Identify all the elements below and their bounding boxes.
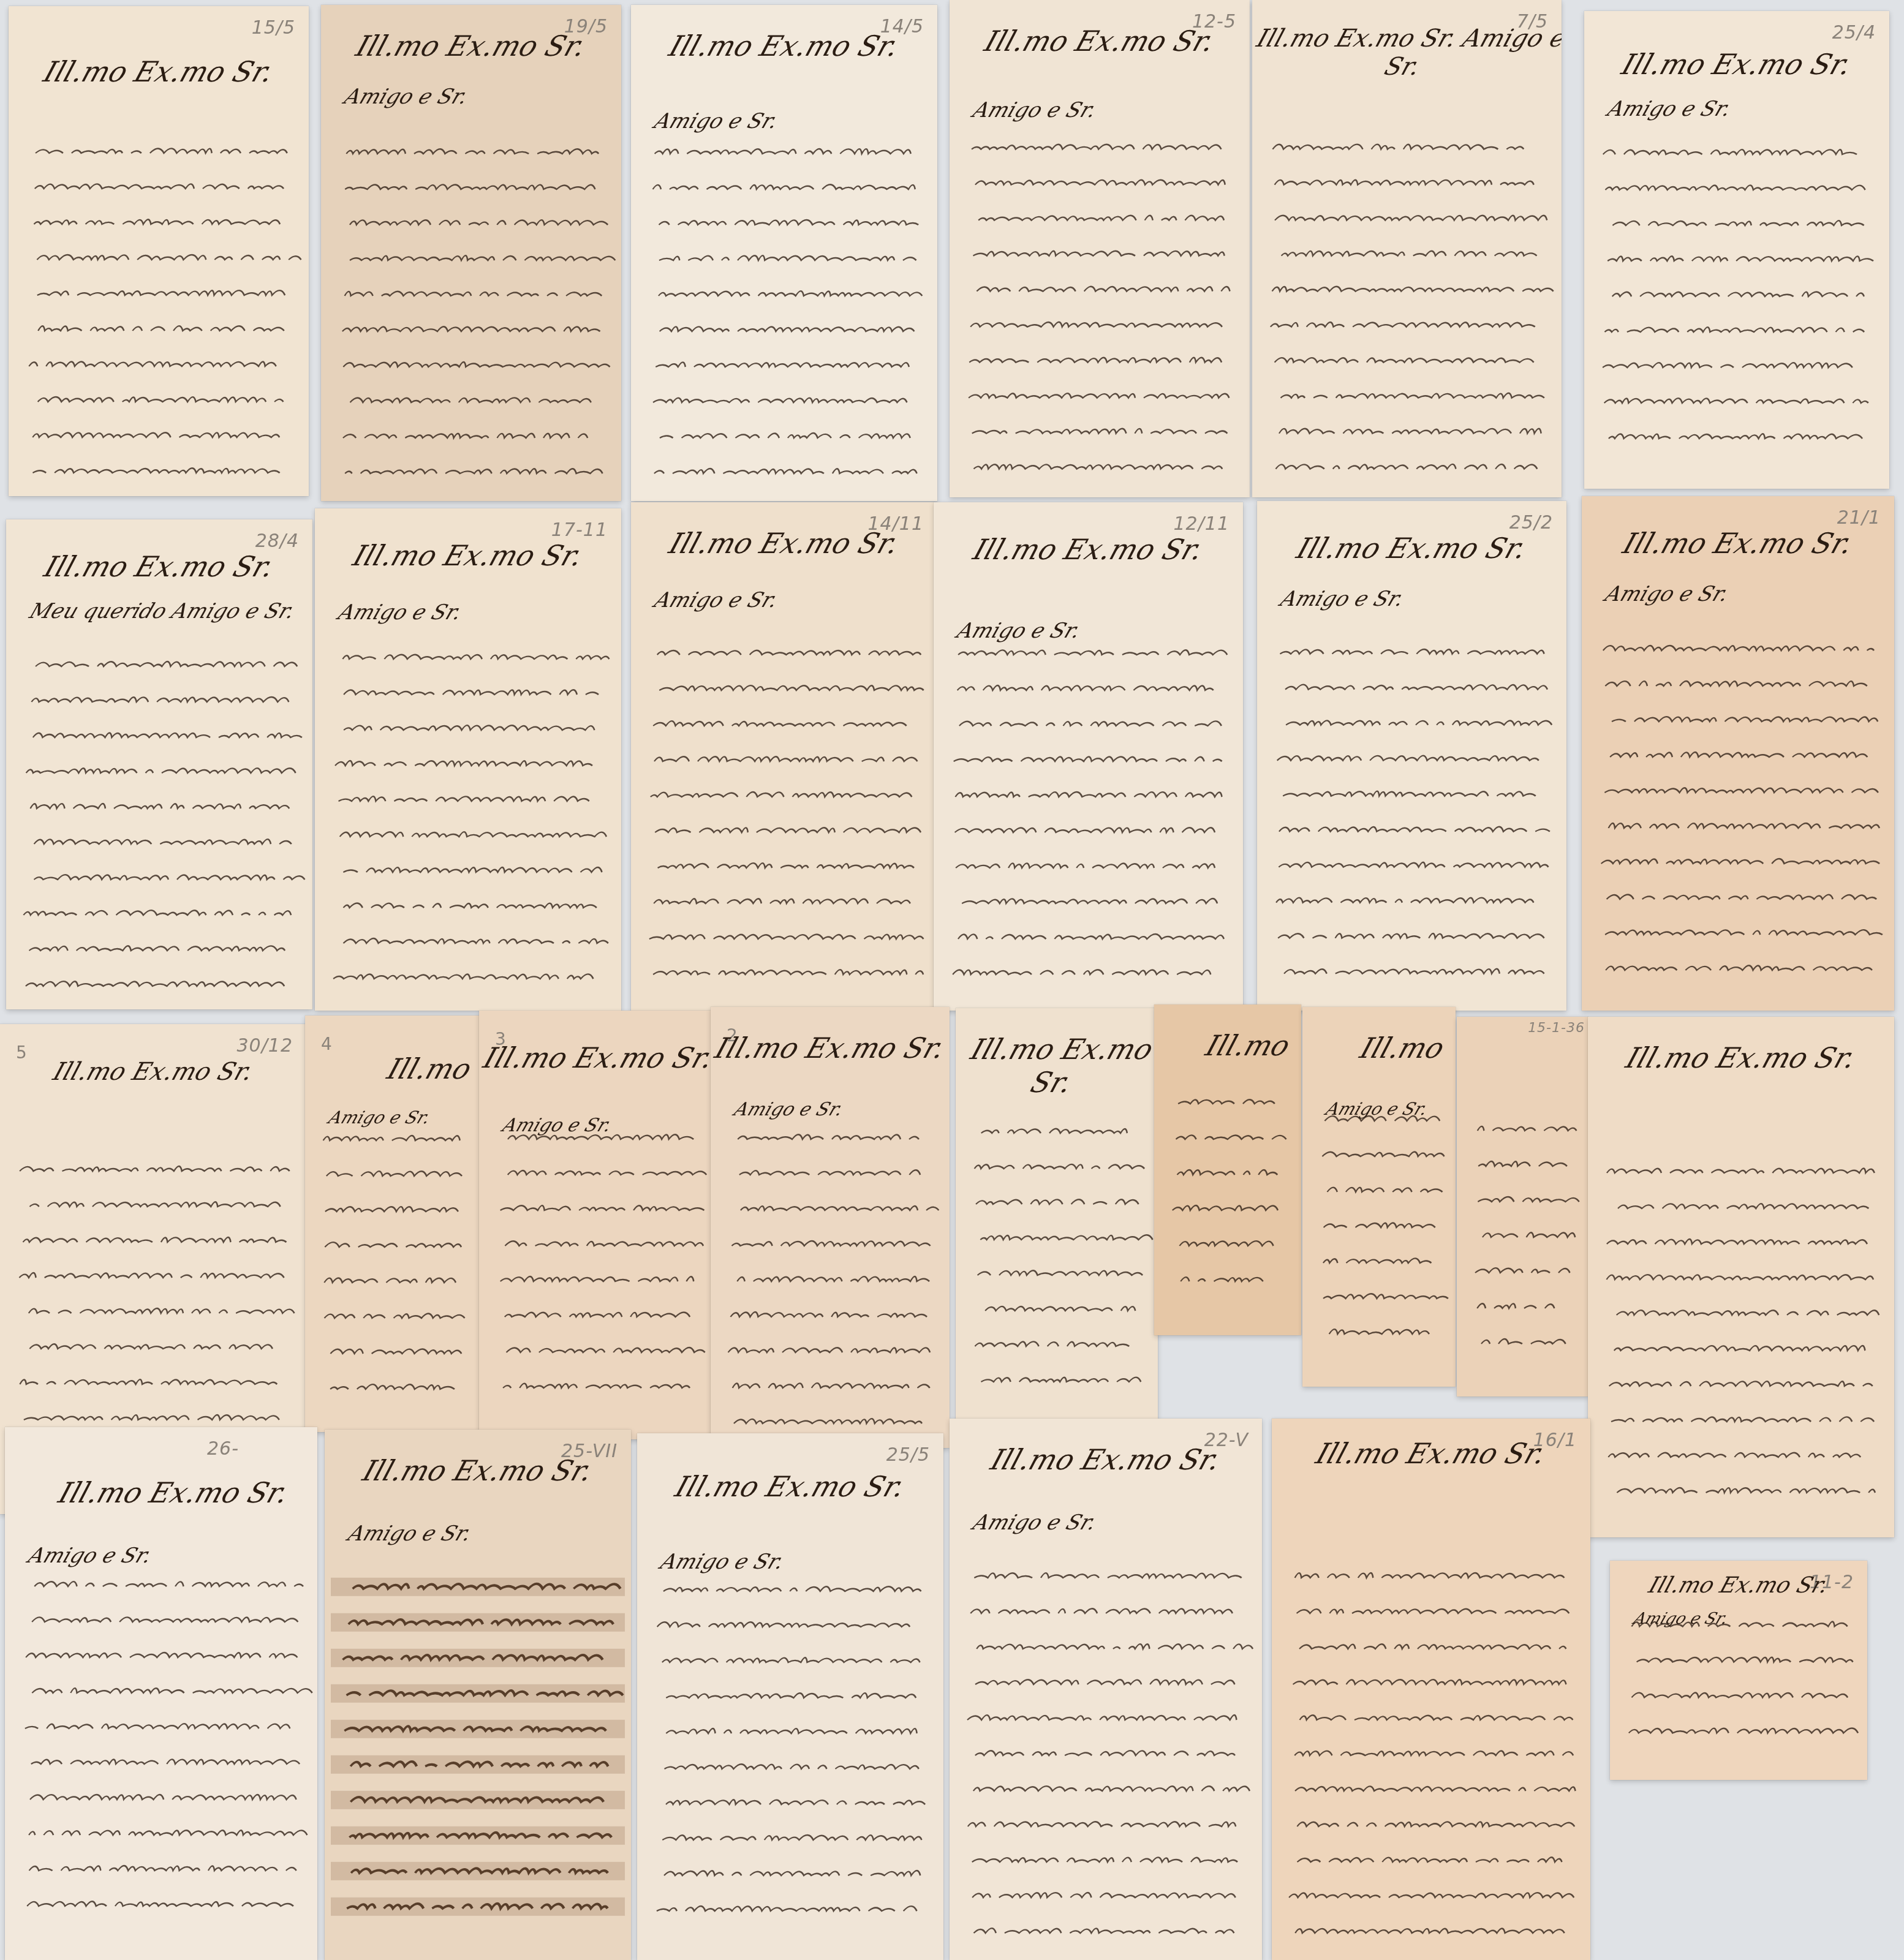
handwriting-lines (1582, 496, 1894, 1011)
letter-r1c1: 15/5 Ill.mo Ex.mo Sr. (9, 6, 309, 496)
handwriting-lines (711, 1007, 950, 1448)
salutation: Ill.mo Ex.mo Sr. (950, 24, 1250, 58)
handwriting-lines (315, 508, 621, 1011)
salutation: Ill.mo Ex.mo Sr. (479, 1041, 718, 1074)
greeting: Amigo e Sr. (345, 1521, 475, 1546)
handwriting-lines (479, 1011, 718, 1439)
handwriting-lines (1584, 11, 1889, 489)
pencil-date: 30/12 (237, 1035, 293, 1057)
salutation: Ill.mo Ex.mo Sr. (1582, 527, 1894, 560)
handwriting-lines (1588, 1017, 1894, 1537)
pencil-number: 4 (321, 1034, 332, 1054)
letter-r4c5: 16/1 Ill.mo Ex.mo Sr. (1272, 1419, 1590, 1960)
salutation: Ill.mo Ex.mo Sr. (950, 1443, 1262, 1476)
salutation: Ill.mo Ex.mo Sr. (631, 29, 937, 62)
salutation: Ill.mo Ex.mo Sr. (0, 1058, 306, 1086)
salutation: Ill.mo (305, 1052, 483, 1085)
salutation: Ill.mo Ex.mo Sr. (1272, 1437, 1590, 1470)
greeting: Amigo e Sr. (954, 619, 1084, 643)
letter-r3c6: Ill.mo (1154, 1005, 1301, 1335)
handwriting-lines (631, 5, 937, 501)
pencil-date: 25/2 (1509, 512, 1553, 533)
handwriting-lines (631, 502, 937, 1011)
salutation: Ill.mo Ex.mo Sr. (1257, 532, 1566, 565)
handwriting-lines (950, 0, 1250, 497)
pencil-date: 15-1-36 (1528, 1020, 1585, 1036)
handwriting-lines (950, 1419, 1262, 1960)
salutation: Ill.mo Ex.mo Sr. (1610, 1573, 1867, 1598)
letter-r3c7: Ill.mo Amigo e Sr. (1302, 1007, 1456, 1387)
handwriting-lines (1272, 1419, 1590, 1960)
greeting: Amigo e Sr. (1323, 1099, 1430, 1119)
pencil-date: 28/4 (255, 530, 299, 552)
letter-r3c3: 3 Ill.mo Ex.mo Sr. Amigo e Sr. (479, 1011, 718, 1439)
salutation: Ill.mo Ex.mo Sr. (5, 1476, 317, 1509)
handwriting-lines (1257, 501, 1566, 1011)
greeting: Amigo e Sr. (970, 98, 1100, 123)
pencil-date: 15/5 (252, 17, 295, 39)
pencil-date: 25/5 (886, 1444, 930, 1466)
salutation: Ill.mo Ex.mo Sr. (631, 527, 937, 560)
pencil-date: 26- (207, 1438, 239, 1460)
handwriting-lines (637, 1433, 943, 1960)
letter-r1c6: 25/4 Ill.mo Ex.mo Sr. Amigo e Sr. (1584, 11, 1889, 489)
greeting: Amigo e Sr. (970, 1510, 1100, 1535)
letter-r3c4: 2 Ill.mo Ex.mo Sr. Amigo e Sr. (711, 1007, 950, 1448)
letter-r4c3: 25/5 Ill.mo Ex.mo Sr. Amigo e Sr. (637, 1433, 943, 1960)
letter-r2c3: 14/11 Ill.mo Ex.mo Sr. Amigo e Sr. (631, 502, 937, 1011)
greeting: Amigo e Sr. (25, 1543, 156, 1568)
salutation: Ill.mo Ex.mo Sr. (325, 1454, 631, 1487)
pencil-date: 21/1 (1837, 507, 1881, 529)
handwriting-lines (934, 502, 1243, 1011)
salutation: Ill.mo Ex.mo Sr. (637, 1470, 943, 1503)
letter-r4c6: 11-2 Ill.mo Ex.mo Sr. Amigo e Sr. (1610, 1561, 1867, 1780)
greeting: Amigo e Sr. (335, 600, 466, 625)
salutation: Ill.mo Ex.mo Sr. (6, 550, 312, 583)
letter-r4c2: 25-VII Ill.mo Ex.mo Sr. Amigo e Sr. (325, 1430, 631, 1960)
handwriting-lines (1457, 1017, 1589, 1396)
letter-r2c2: 17-11 Ill.mo Ex.mo Sr. Amigo e Sr. (315, 508, 621, 1011)
salutation: Ill.mo Ex.mo Sr. (934, 533, 1243, 566)
greeting: Amigo e Sr. (1631, 1610, 1731, 1628)
greeting: Meu querido Amigo e Sr. (26, 599, 298, 624)
handwriting-lines (325, 1430, 631, 1960)
pencil-date: 25/4 (1832, 22, 1876, 43)
salutation: Ill.mo Ex.mo Sr. (321, 29, 621, 62)
letter-r3c5: Ill.mo Ex.mo Sr. (956, 1008, 1158, 1425)
letter-r2c1: 28/4 Ill.mo Ex.mo Sr. Meu querido Amigo … (6, 519, 312, 1009)
salutation: Ill.mo (1302, 1031, 1456, 1065)
greeting: Amigo e Sr. (657, 1550, 788, 1574)
salutation: Ill.mo Ex.mo Sr. (956, 1033, 1158, 1099)
greeting: Amigo e Sr. (1602, 582, 1732, 606)
letter-r4c4: 22-V Ill.mo Ex.mo Sr. Amigo e Sr. (950, 1419, 1262, 1960)
salutation: Ill.mo Ex.mo Sr. (1588, 1041, 1894, 1074)
greeting: Amigo e Sr. (731, 1099, 847, 1120)
greeting: Amigo e Sr. (1604, 97, 1735, 121)
greeting: Amigo e Sr. (651, 588, 782, 612)
letter-r2c4: 12/11 Ill.mo Ex.mo Sr. Amigo e Sr. (934, 502, 1243, 1011)
pencil-date: 12/11 (1174, 513, 1230, 535)
letter-r3c9: Ill.mo Ex.mo Sr. (1588, 1017, 1894, 1537)
handwriting-lines (6, 519, 312, 1009)
letter-r1c5: 7/5 Ill.mo Ex.mo Sr. Amigo e Sr. (1252, 0, 1562, 497)
salutation: Ill.mo Ex.mo Sr. (315, 539, 621, 572)
letter-r1c4: 12-5 Ill.mo Ex.mo Sr. Amigo e Sr. (950, 0, 1250, 497)
letter-r4c1: 26- Ill.mo Ex.mo Sr. Amigo e Sr. (5, 1427, 317, 1960)
letter-r2c5: 25/2 Ill.mo Ex.mo Sr. Amigo e Sr. (1257, 501, 1566, 1011)
salutation: Ill.mo Ex.mo Sr. Amigo e Sr. (1252, 24, 1562, 81)
letter-r2c6: 21/1 Ill.mo Ex.mo Sr. Amigo e Sr. (1582, 496, 1894, 1011)
handwriting-lines (321, 5, 621, 501)
pencil-date: 17-11 (551, 519, 608, 541)
greeting: Amigo e Sr. (326, 1107, 433, 1128)
letter-r3c2: 4 Ill.mo Amigo e Sr. (305, 1016, 483, 1432)
letter-r3c8: 15-1-36 (1457, 1017, 1589, 1396)
salutation: Ill.mo Ex.mo Sr. (1584, 48, 1889, 81)
greeting: Amigo e Sr. (1277, 587, 1408, 611)
salutation: Ill.mo Ex.mo Sr. (9, 55, 309, 88)
letter-r1c3: 14/5 Ill.mo Ex.mo Sr. Amigo e Sr. (631, 5, 937, 501)
salutation: Ill.mo Ex.mo Sr. (711, 1031, 950, 1065)
salutation: Ill.mo (1154, 1029, 1301, 1062)
letter-r1c2: 19/5 Ill.mo Ex.mo Sr. Amigo e Sr. (321, 5, 621, 501)
greeting: Amigo e Sr. (500, 1115, 615, 1136)
greeting: Amigo e Sr. (651, 109, 782, 134)
greeting: Amigo e Sr. (341, 85, 472, 109)
